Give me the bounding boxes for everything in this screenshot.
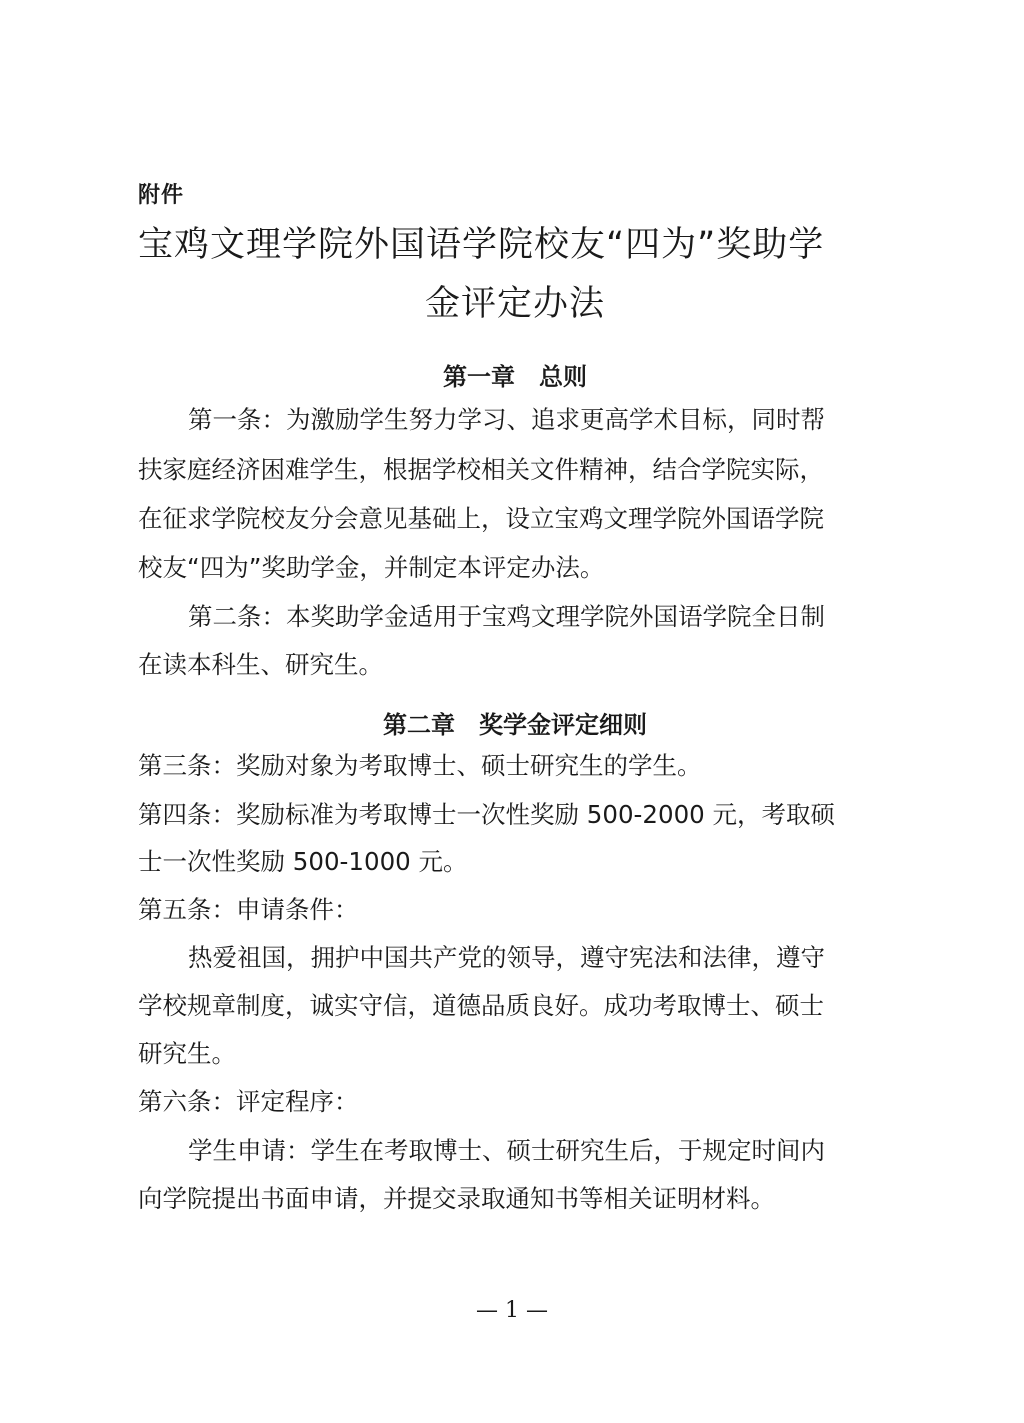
article-5-line-1: 第五条：申请条件： — [138, 898, 359, 923]
chapter-2-heading: 第二章 奖学金评定细则 — [130, 705, 900, 740]
article-1-line-3: 在征求学院校友分会意见基础上，设立宝鸡文理学院外国语学院 — [138, 507, 824, 532]
article-1-line-2: 扶家庭经济困难学生，根据学校相关文件精神，结合学院实际， — [138, 458, 824, 483]
article-6-line-3: 向学院提出书面申请，并提交录取通知书等相关证明材料。 — [138, 1187, 775, 1212]
article-2-line-2: 在读本科生、研究生。 — [138, 653, 383, 678]
article-4-line-2: 士一次性奖励 500-1000 元。 — [138, 850, 468, 875]
page-number: — 1 — — [0, 1298, 1024, 1323]
article-4-line-1: 第四条：奖励标准为考取博士一次性奖励 500-2000 元，考取硕 — [138, 803, 835, 828]
document-page: 附件 宝鸡文理学院外国语学院校友“四为”奖助学 金评定办法 第一章 总则 第一条… — [0, 0, 1024, 1423]
article-2-line-1: 第二条：本奖助学金适用于宝鸡文理学院外国语学院全日制 — [188, 605, 825, 630]
article-5-line-2: 热爱祖国，拥护中国共产党的领导，遵守宪法和法律，遵守 — [188, 946, 825, 971]
chapter-1-heading: 第一章 总则 — [130, 357, 900, 392]
article-6-line-1: 第六条：评定程序： — [138, 1090, 359, 1115]
article-5-line-3: 学校规章制度，诚实守信，道德品质良好。成功考取博士、硕士 — [138, 994, 824, 1019]
article-3-line-1: 第三条：奖励对象为考取博士、硕士研究生的学生。 — [138, 754, 702, 779]
document-title-line-1: 宝鸡文理学院外国语学院校友“四为”奖助学 — [138, 228, 908, 263]
article-1-line-1: 第一条：为激励学生努力学习、追求更高学术目标，同时帮 — [188, 408, 825, 433]
attachment-label: 附件 — [138, 178, 184, 209]
article-1-line-4: 校友“四为”奖助学金，并制定本评定办法。 — [138, 556, 604, 581]
document-title-line-2: 金评定办法 — [130, 287, 900, 322]
article-6-line-2: 学生申请：学生在考取博士、硕士研究生后，于规定时间内 — [188, 1139, 825, 1164]
article-5-line-4: 研究生。 — [138, 1042, 236, 1067]
